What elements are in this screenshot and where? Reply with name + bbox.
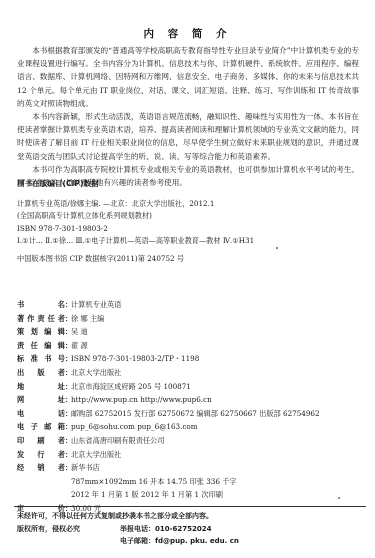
- info-row: 出版者：北京大学出版社: [17, 366, 357, 380]
- info-label: 书名: [17, 298, 65, 312]
- cip-data: 计算机专业英语/徐娜主编. —北京：北京大学出版社，2012.1 (全国高职高专…: [17, 198, 347, 265]
- footer: 未经许可，不得以任何方式复制或抄袭本书之部分或全部内容。 版权所有，侵权必究 举…: [17, 510, 357, 548]
- label-char: 刷: [37, 434, 44, 448]
- info-row: 书名：计算机专业英语: [17, 298, 357, 312]
- label-char: 箱: [58, 420, 65, 434]
- divider: [14, 506, 366, 507]
- summary-body: 本书根据教育部颁发的“普通高等学校高职高专教育指导性专业目录专业简介”中计算机类…: [17, 44, 359, 189]
- info-row: 网址：http://www.pup.cn http://www.pup6.cn: [17, 393, 357, 407]
- copyright-notice: 未经许可，不得以任何方式复制或抄袭本书之部分或全部内容。: [17, 510, 213, 523]
- copyright-page: 内 容 简 介 本书根据教育部颁发的“普通高等学校高职高专教育指导性专业目录专业…: [0, 0, 375, 558]
- label-char: 名: [58, 298, 65, 312]
- label-char: 责: [37, 312, 44, 326]
- cip-line: ISBN 978-7-301-19803-2: [17, 223, 347, 235]
- info-label: 策划编辑: [17, 325, 65, 339]
- label-char: 邮: [44, 420, 51, 434]
- label-char: 销: [37, 461, 44, 475]
- label-char: 标: [17, 352, 24, 366]
- label-char: 号: [58, 352, 65, 366]
- publication-info: 书名：计算机专业英语著作责任者：徐 娜 主编策划编辑：吴 迪责任编辑：翟 源标准…: [17, 298, 357, 516]
- info-label: 电话: [17, 407, 65, 421]
- info-label: 出版者: [17, 366, 65, 380]
- label-char: 版: [37, 366, 44, 380]
- label-char: 编: [44, 339, 51, 353]
- label-char: 责: [17, 339, 24, 353]
- info-label: 著作责任者: [17, 312, 65, 326]
- info-label: 网址: [17, 393, 65, 407]
- label-char: 址: [58, 380, 65, 394]
- info-label: 发行者: [17, 448, 65, 462]
- label-char: 印: [17, 434, 24, 448]
- info-value: 北京大学出版社: [71, 448, 121, 462]
- label-char: 网: [17, 393, 24, 407]
- info-value: 邮购部 62752015 发行部 62750672 编辑部 62750667 出…: [71, 407, 320, 421]
- info-row: 印刷者：山东省高唐印刷有限责任公司: [17, 434, 357, 448]
- info-row: 地址：北京市海淀区成府路 205 号 100871: [17, 380, 357, 394]
- label-char: 电: [17, 420, 24, 434]
- info-value: 吴 迪: [71, 325, 88, 339]
- cip-record-number: 中国版本图书馆 CIP 数据核字(2011)第 240752 号: [17, 253, 347, 265]
- label-char: 出: [17, 366, 24, 380]
- label-char: 者: [58, 461, 65, 475]
- label-char: 任: [48, 312, 55, 326]
- info-value: 新华书店: [71, 461, 100, 475]
- label-char: 子: [31, 420, 38, 434]
- info-row: 标准书号：ISBN 978-7-301-19803-2/TP・1198: [17, 352, 357, 366]
- info-value: 翟 源: [71, 339, 88, 353]
- label-char: 策: [17, 325, 24, 339]
- label-char: 任: [31, 339, 38, 353]
- scan-speck: [276, 247, 278, 249]
- label-char: 编: [44, 325, 51, 339]
- label-char: 行: [37, 448, 44, 462]
- label-char: 著: [17, 312, 24, 326]
- info-label: 责任编辑: [17, 339, 65, 353]
- label-char: 辑: [58, 325, 65, 339]
- report-hotline: 举报电话：010-62752024: [120, 523, 211, 536]
- info-value: ISBN 978-7-301-19803-2/TP・1198: [71, 352, 199, 366]
- info-label: 经销者: [17, 461, 65, 475]
- summary-paragraph-2: 本书内容新颖，形式生动活泼，英语语言规范流畅，融知识性、趣味性与实用性为一体。本…: [17, 110, 359, 163]
- scan-speck: [338, 497, 340, 499]
- info-row: 电话：邮购部 62752015 发行部 62750672 编辑部 6275066…: [17, 407, 357, 421]
- label-char: 辑: [58, 339, 65, 353]
- info-label: 印刷者: [17, 434, 65, 448]
- label-char: 址: [58, 393, 65, 407]
- cip-heading: 图书在版编目(CIP)数据: [17, 178, 99, 189]
- cip-line: 计算机专业英语/徐娜主编. —北京：北京大学出版社，2012.1: [17, 198, 347, 210]
- label-char: 发: [17, 448, 24, 462]
- label-char: 准: [31, 352, 38, 366]
- print-specs: 787mm×1092mm 16 开本 14.75 印张 336 千字: [17, 475, 357, 489]
- summary-title: 内 容 简 介: [0, 26, 375, 41]
- label-char: 书: [44, 352, 51, 366]
- info-row: 责任编辑：翟 源: [17, 339, 357, 353]
- label-char: 划: [31, 325, 38, 339]
- info-row: 经销者：新华书店: [17, 461, 357, 475]
- info-row: 发行者：北京大学出版社: [17, 448, 357, 462]
- info-label: 地址: [17, 380, 65, 394]
- info-value: 山东省高唐印刷有限责任公司: [71, 434, 164, 448]
- info-row: 著作责任者：徐 娜 主编: [17, 312, 357, 326]
- label-char: 者: [58, 448, 65, 462]
- info-value: http://www.pup.cn http://www.pup6.cn: [71, 393, 212, 407]
- label-char: 者: [58, 312, 65, 326]
- cip-line: Ⅰ.①计… Ⅱ.①徐… Ⅲ.①电子计算机—英语—高等职业教育—教材 Ⅳ.①H31: [17, 235, 347, 247]
- label-char: 者: [58, 366, 65, 380]
- info-label: 标准书号: [17, 352, 65, 366]
- info-row: 策划编辑：吴 迪: [17, 325, 357, 339]
- cip-line: (全国高职高专计算机立体化系列规划教材): [17, 210, 347, 222]
- report-email: 电子邮箱：fd@pup. pku. edu. cn: [120, 535, 239, 548]
- info-row: 电子邮箱：pup_6@sohu.com pup_6@163.com: [17, 420, 357, 434]
- summary-paragraph-1: 本书根据教育部颁发的“普通高等学校高职高专教育指导性专业目录专业简介”中计算机类…: [17, 44, 359, 110]
- label-char: 地: [17, 380, 24, 394]
- label-char: 电: [17, 407, 24, 421]
- edition-info: 2012 年 1 月第 1 版 2012 年 1 月第 1 次印刷: [17, 488, 357, 502]
- label-char: 者: [58, 434, 65, 448]
- info-value: 北京市海淀区成府路 205 号 100871: [71, 380, 191, 394]
- label-char: 话: [58, 407, 65, 421]
- label-char: 经: [17, 461, 24, 475]
- info-value: 计算机专业英语: [71, 298, 121, 312]
- info-value: 徐 娜 主编: [71, 312, 104, 326]
- label-char: 作: [27, 312, 34, 326]
- info-label: 电子邮箱: [17, 420, 65, 434]
- info-value: pup_6@sohu.com pup_6@163.com: [71, 420, 198, 434]
- label-char: 书: [17, 298, 24, 312]
- rights-reserved: 版权所有，侵权必究: [17, 523, 120, 536]
- info-value: 北京大学出版社: [71, 366, 121, 380]
